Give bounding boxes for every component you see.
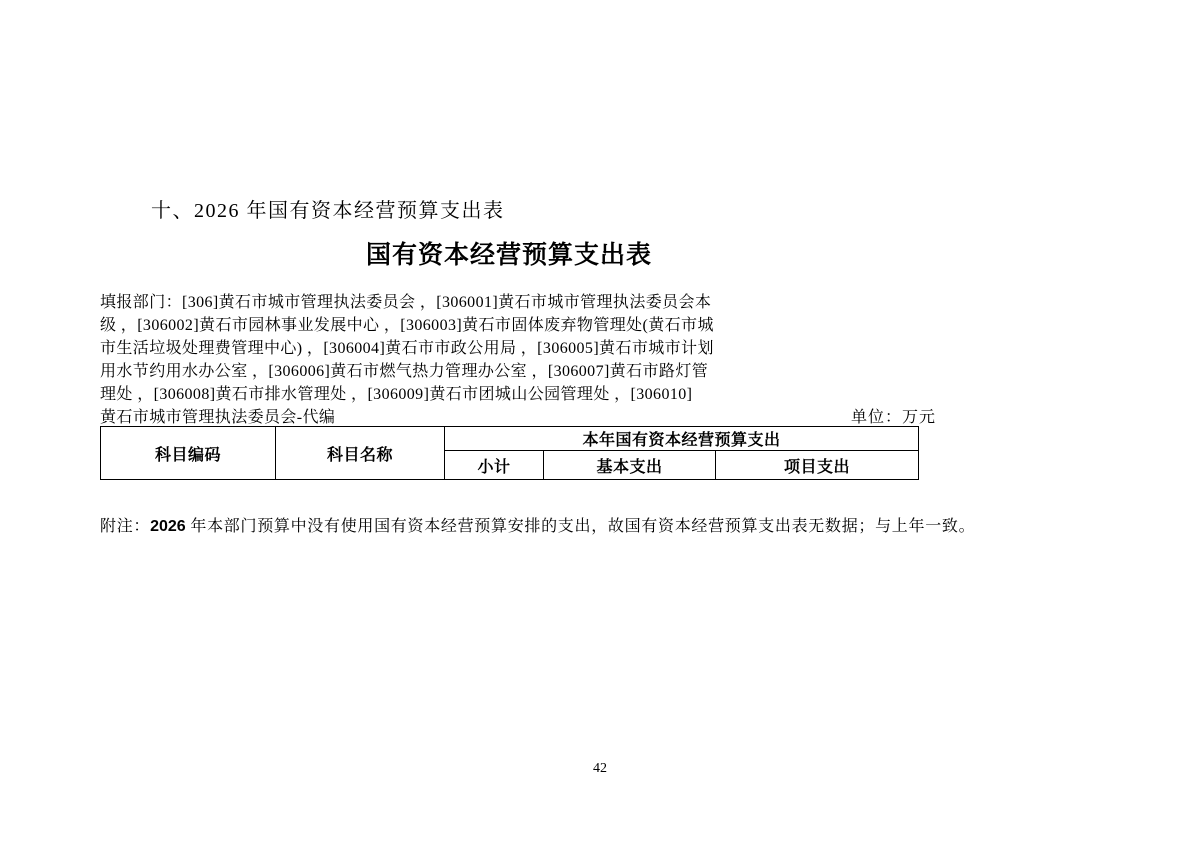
table-title: 国有资本经营预算支出表 (100, 235, 918, 271)
filing-department-line: 用水节约用水办公室 ，[306006]黄石市燃气热力管理办公室 ，[306007… (100, 360, 936, 383)
footnote-text: 年本部门预算中没有使用国有资本经营预算安排的支出，故国有资本经营预算支出表无数据… (186, 518, 976, 535)
footnote: 附注：2026 年本部门预算中没有使用国有资本经营预算安排的支出，故国有资本经营… (100, 513, 975, 536)
col-header-subject-name: 科目名称 (276, 427, 445, 480)
budget-expenditure-table: 科目编码 科目名称 本年国有资本经营预算支出 小计 基本支出 项目支出 (100, 426, 919, 480)
footnote-year: 2026 (150, 518, 186, 535)
col-header-subject-code: 科目编码 (101, 427, 276, 480)
page-number: 42 (0, 761, 1200, 777)
table-header-row-1: 科目编码 科目名称 本年国有资本经营预算支出 (101, 427, 919, 451)
col-header-current-year-budget-group: 本年国有资本经营预算支出 (445, 427, 919, 451)
filing-department-line: 级 ，[306002]黄石市园林事业发展中心 ，[306003]黄石市固体废弃物… (100, 314, 936, 337)
col-header-subtotal: 小计 (445, 451, 544, 480)
filing-department-line: 理处 ，[306008]黄石市排水管理处 ，[306009]黄石市团城山公园管理… (100, 383, 936, 406)
filing-department-line: 市生活垃圾处理费管理中心) ，[306004]黄石市市政公用局 ，[306005… (100, 337, 936, 360)
footnote-prefix: 附注： (100, 518, 150, 535)
filing-department-block: 填报部门：[306]黄石市城市管理执法委员会 ，[306001]黄石市城市管理执… (100, 291, 936, 429)
col-header-project-expenditure: 项目支出 (716, 451, 919, 480)
filing-department-line: 填报部门：[306]黄石市城市管理执法委员会 ，[306001]黄石市城市管理执… (100, 291, 936, 314)
section-heading: 十、2026 年国有资本经营预算支出表 (151, 194, 505, 223)
col-header-basic-expenditure: 基本支出 (544, 451, 716, 480)
